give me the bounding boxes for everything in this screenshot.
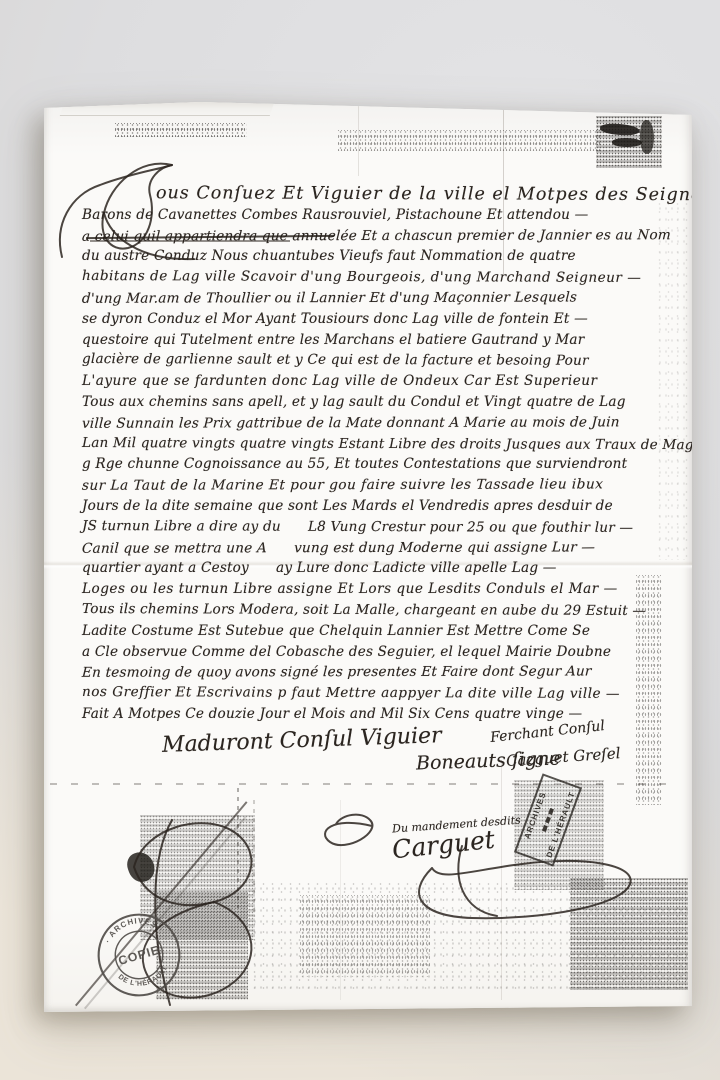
manuscript-line-15: sur La Taut de la Marine Et pour gou fai…	[81, 474, 662, 496]
manuscript-line-10: L'ayure que se fardunten donc Lag ville …	[82, 371, 662, 392]
manuscript-line-14: g Rge chunne Cognoissance au 55, Et tout…	[82, 454, 662, 475]
manuscript-line-9: glacière de garlienne sault et y Ce qui …	[82, 349, 662, 372]
manuscript-line-13: Lan Mil quatre vingts quatre vingts Esta…	[82, 433, 662, 456]
round-copie-stamp: · ARCHIVES · DE L'HÉRAULT COPIE	[88, 904, 190, 1006]
manuscript-line-20: Loges ou les turnun Libre assigne Et Lor…	[82, 579, 662, 600]
manuscript-line-4: du austre Conduz Nous chuantubes Vieufs …	[82, 246, 662, 267]
toner-smudge-top-center	[338, 130, 600, 151]
manuscript-paper: ous Conſuez Et Viguier de la ville el Mo…	[44, 100, 692, 1012]
paper-shadow: ous Conſuez Et Viguier de la ville el Mo…	[0, 0, 720, 1080]
manuscript-line-17: JS turnun Libre a dire ay du L8 Vung Cre…	[82, 516, 662, 539]
manuscript-line-1: ous Conſuez Et Viguier de la ville el Mo…	[82, 183, 662, 206]
manuscript-text-block: ous Conſuez Et Viguier de la ville el Mo…	[82, 184, 662, 725]
underline-stroke	[90, 240, 290, 242]
manuscript-line-24: En tesmoing de quoy avons signé les pres…	[81, 662, 662, 684]
photo-background: ous Conſuez Et Viguier de la ville el Mo…	[0, 0, 720, 1080]
manuscript-line-12: ville Sunnain les Prix gattribue de la M…	[81, 412, 662, 434]
manuscript-line-2: Barons de Cavanettes Combes Rausrouviel,…	[82, 205, 662, 226]
signature-flourish-drawing	[312, 798, 652, 928]
manuscript-line-25: nos Greffier Et Escrivains p faut Mettre…	[82, 682, 662, 705]
manuscript-line-6: d'ung Mar.am de Thoullier ou il Lannier …	[81, 287, 662, 309]
top-left-corner-fold	[60, 102, 275, 116]
manuscript-line-18: Canil que se mettra une A vung est dung …	[81, 537, 662, 559]
lower-fold-crease	[50, 783, 674, 785]
toner-blob	[640, 120, 654, 154]
round-stamp-center-text: COPIE	[117, 943, 162, 968]
manuscript-line-19: quartier ayant a Cestoy ay Lure donc Lad…	[82, 558, 662, 579]
manuscript-line-8: questoire qui Tutelment entre les Marcha…	[82, 330, 662, 351]
manuscript-line-22: Ladite Costume Est Sutebue que Chelquin …	[82, 621, 662, 642]
manuscript-line-11: Tous aux chemins sans apell, et y lag sa…	[82, 392, 662, 413]
rect-stamp-emblem	[542, 808, 554, 832]
manuscript-line-7: se dyron Conduz el Mor Ayant Tousiours d…	[82, 309, 662, 330]
toner-blob	[600, 123, 641, 137]
vertical-crease	[358, 106, 359, 176]
manuscript-line-5: habitans de Lag ville Scavoir d'ung Bour…	[82, 266, 662, 289]
manuscript-line-21: Tous ils chemins Lors Modera, soit La Ma…	[82, 599, 662, 622]
signature-consul-viguier: Maduront Conſul Viguier	[162, 723, 442, 758]
manuscript-line-16: Jours de la dite semaine que sont Les Ma…	[82, 496, 662, 517]
toner-smudge-top-left	[115, 123, 247, 137]
toner-blob	[612, 138, 642, 147]
manuscript-line-23: a Cle observue Comme del Cobasche des Se…	[82, 642, 662, 663]
